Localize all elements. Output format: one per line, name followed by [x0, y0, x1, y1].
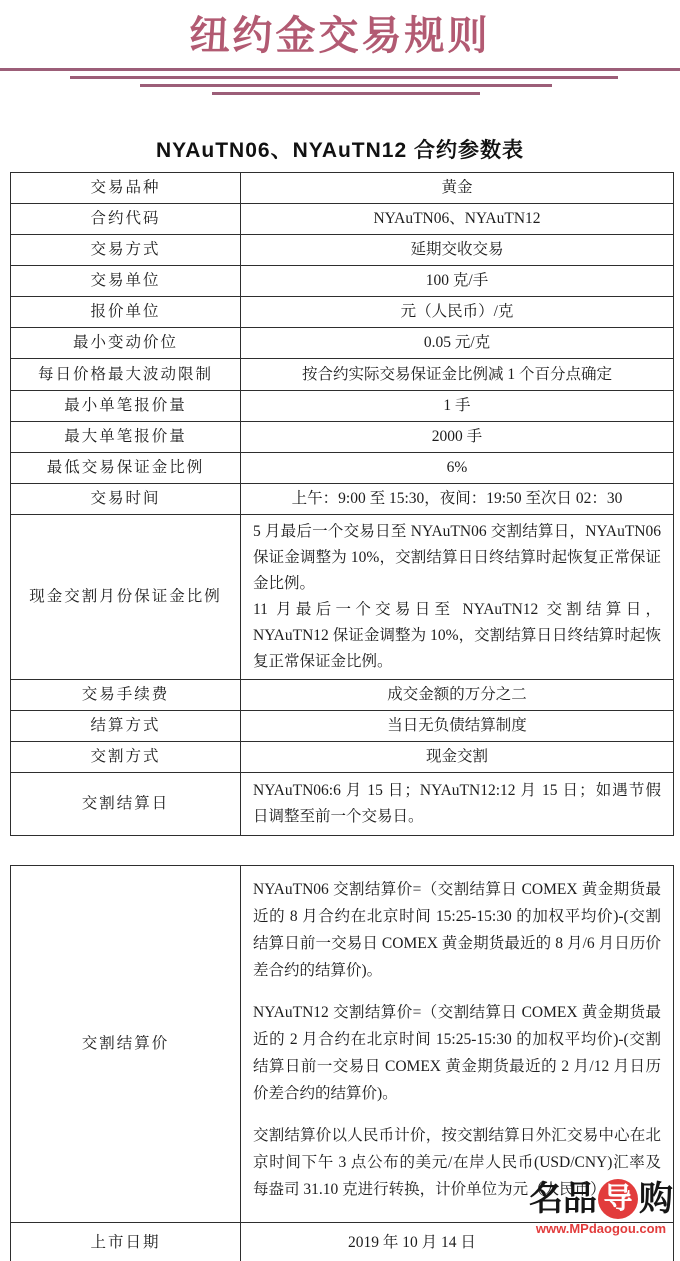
contract-parameters-table: 交易品种 黄金 合约代码 NYAuTN06、NYAuTN12 交易方式 延期交收… [10, 172, 674, 836]
table-row: 交割方式 现金交割 [11, 742, 674, 773]
table-row: 交易品种 黄金 [11, 173, 674, 204]
param-label: 上市日期 [11, 1223, 241, 1261]
decorative-line-1 [0, 68, 680, 71]
param-value: 按合约实际交易保证金比例减 1 个百分点确定 [241, 359, 674, 391]
param-label: 最低交易保证金比例 [11, 453, 241, 484]
mpdaogou-logo: 名品 导 购 www.MPdaogou.com [526, 1179, 676, 1236]
decorative-line-4 [212, 92, 480, 95]
logo-text-left: 名品 [529, 1182, 597, 1216]
table-row: 现金交割月份保证金比例 5 月最后一个交易日至 NYAuTN06 交割结算日，N… [11, 515, 674, 680]
param-value: 延期交收交易 [241, 235, 674, 266]
param-value: NYAuTN06、NYAuTN12 [241, 204, 674, 235]
param-value: 5 月最后一个交易日至 NYAuTN06 交割结算日，NYAuTN06 保证金调… [241, 515, 674, 680]
param-value: 2000 手 [241, 422, 674, 453]
logo-circle-icon: 导 [598, 1179, 638, 1219]
logo-text-right: 购 [639, 1182, 673, 1216]
logo-circle-char: 导 [603, 1185, 632, 1214]
param-label: 交易手续费 [11, 680, 241, 711]
param-label: 交易方式 [11, 235, 241, 266]
table-row: 结算方式 当日无负债结算制度 [11, 711, 674, 742]
param-value: 上午：9:00 至 15:30，夜间：19:50 至次日 02：30 [241, 484, 674, 515]
param-label: 交割方式 [11, 742, 241, 773]
param-label: 最小单笔报价量 [11, 391, 241, 422]
settlement-formula-nyautn06: NYAuTN06 交割结算价=（交割结算日 COMEX 黄金期货最近的 8 月合… [253, 876, 661, 984]
page-title: 纽约金交易规则 [0, 4, 680, 61]
param-label: 合约代码 [11, 204, 241, 235]
param-label: 最小变动价位 [11, 328, 241, 359]
table-row: 最大单笔报价量 2000 手 [11, 422, 674, 453]
table-row: 报价单位 元（人民币）/克 [11, 297, 674, 328]
table-row: 交易时间 上午：9:00 至 15:30，夜间：19:50 至次日 02：30 [11, 484, 674, 515]
param-value: 当日无负债结算制度 [241, 711, 674, 742]
param-value: NYAuTN06:6 月 15 日；NYAuTN12:12 月 15 日；如遇节… [241, 773, 674, 836]
document-page: 纽约金交易规则 NYAuTN06、NYAuTN12 合约参数表 交易品种 黄金 … [0, 0, 680, 1261]
table-row: 合约代码 NYAuTN06、NYAuTN12 [11, 204, 674, 235]
table-row: 交易手续费 成交金额的万分之二 [11, 680, 674, 711]
param-value: 0.05 元/克 [241, 328, 674, 359]
table-row: 交易单位 100 克/手 [11, 266, 674, 297]
param-value: 成交金额的万分之二 [241, 680, 674, 711]
table-row: 每日价格最大波动限制 按合约实际交易保证金比例减 1 个百分点确定 [11, 359, 674, 391]
param-label: 报价单位 [11, 297, 241, 328]
table-caption: NYAuTN06、NYAuTN12 合约参数表 [0, 134, 680, 164]
param-value: 6% [241, 453, 674, 484]
param-label: 最大单笔报价量 [11, 422, 241, 453]
table-row: 交易方式 延期交收交易 [11, 235, 674, 266]
decorative-line-2 [70, 76, 618, 79]
param-value: 元（人民币）/克 [241, 297, 674, 328]
param-label: 结算方式 [11, 711, 241, 742]
table-row: 交割结算日 NYAuTN06:6 月 15 日；NYAuTN12:12 月 15… [11, 773, 674, 836]
param-label: 现金交割月份保证金比例 [11, 515, 241, 680]
table-row: 最低交易保证金比例 6% [11, 453, 674, 484]
table-row: 最小变动价位 0.05 元/克 [11, 328, 674, 359]
param-label: 交易单位 [11, 266, 241, 297]
table-row: 最小单笔报价量 1 手 [11, 391, 674, 422]
decorative-line-3 [140, 84, 552, 87]
param-value: 100 克/手 [241, 266, 674, 297]
param-value: NYAuTN06 交割结算价=（交割结算日 COMEX 黄金期货最近的 8 月合… [241, 866, 674, 1223]
param-label: 交割结算价 [11, 866, 241, 1223]
param-value: 现金交割 [241, 742, 674, 773]
settlement-formula-nyautn12: NYAuTN12 交割结算价=（交割结算日 COMEX 黄金期货最近的 2 月合… [253, 999, 661, 1107]
param-value: 1 手 [241, 391, 674, 422]
param-label: 交割结算日 [11, 773, 241, 836]
param-label: 每日价格最大波动限制 [11, 359, 241, 391]
param-label: 交易时间 [11, 484, 241, 515]
param-value: 黄金 [241, 173, 674, 204]
logo-url: www.MPdaogou.com [526, 1221, 676, 1236]
param-label: 交易品种 [11, 173, 241, 204]
logo-wordmark: 名品 导 购 [526, 1179, 676, 1219]
table-row: 交割结算价 NYAuTN06 交割结算价=（交割结算日 COMEX 黄金期货最近… [11, 866, 674, 1223]
